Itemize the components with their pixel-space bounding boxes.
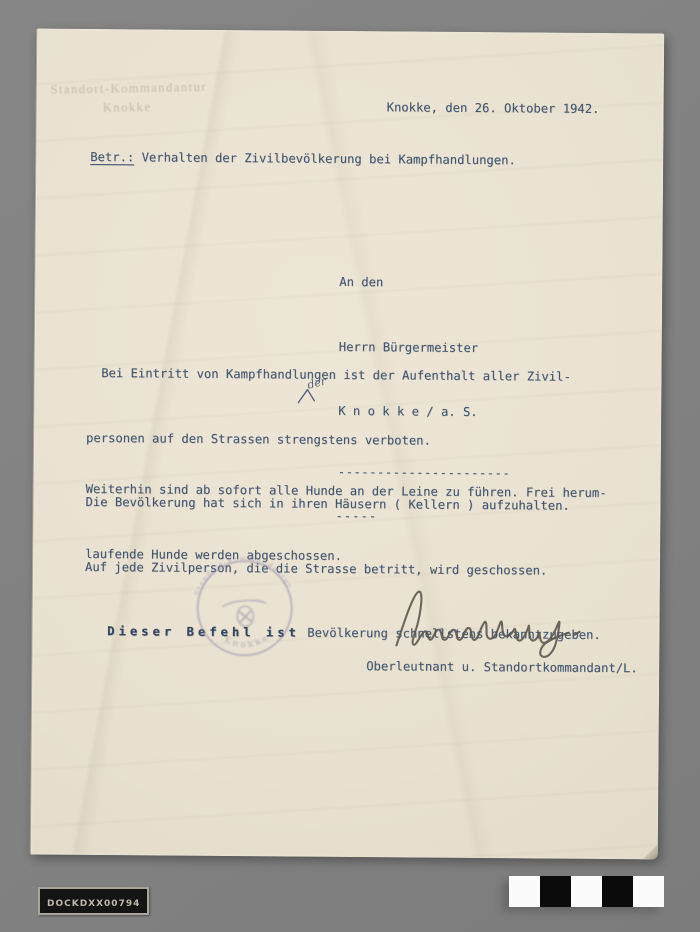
archive-label-text: DOCKDXX00794 <box>47 899 140 909</box>
scan-photo: Standort-Kommandantur Knokke Knokke, den… <box>0 0 700 932</box>
typed-line: Bei Eintritt von Kampfhandlungen ist der… <box>86 363 602 389</box>
round-stamp-top-text: Standort-Kommandantur <box>190 550 295 597</box>
typed-line: laufende Hunde werden abgeschossen. <box>85 543 606 569</box>
signature-handwriting <box>382 581 598 661</box>
scale-square-black <box>602 876 633 907</box>
subject-text: Verhalten der Zivilbevölkerung bei Kampf… <box>134 150 516 167</box>
svg-text:Standort-Kommandantur: Standort-Kommandantur <box>190 550 295 597</box>
letter-page: Standort-Kommandantur Knokke Knokke, den… <box>30 29 664 860</box>
corner-stamp-line2: Knokke <box>103 99 208 116</box>
separator-dashes: ----- <box>335 506 377 528</box>
date-line: Knokke, den 26. Oktober 1942. <box>387 97 600 120</box>
signoff-title: Oberleutnant u. Standortkommandant/L. <box>366 656 638 680</box>
scale-square-white <box>571 876 602 907</box>
photo-scale-bar <box>509 876 664 907</box>
svg-text:Knokke: Knokke <box>222 631 273 652</box>
round-stamp-bottom-text: Knokke <box>222 631 273 652</box>
typed-line: Weiterhin sind ab sofort alle Hunde an d… <box>86 479 607 505</box>
corner-ink-stamp: Standort-Kommandantur Knokke <box>50 80 207 117</box>
subject-label: Betr.: <box>90 150 134 164</box>
stamp-eagle-emblem <box>222 599 268 628</box>
scale-square-black <box>540 876 571 907</box>
insertion-word: der <box>306 377 328 392</box>
subject-line: Betr.: Verhalten der Zivilbevölkerung be… <box>90 147 516 172</box>
corner-stamp-line1: Standort-Kommandantur <box>50 80 207 98</box>
scale-square-white <box>633 876 664 907</box>
archive-label: DOCKDXX00794 <box>38 887 149 915</box>
round-ink-stamp: Standort-Kommandantur Knokke <box>184 548 305 669</box>
address-line: An den <box>339 272 512 295</box>
scale-square-white <box>509 876 540 907</box>
handwritten-insertion-mark: der <box>290 377 342 407</box>
